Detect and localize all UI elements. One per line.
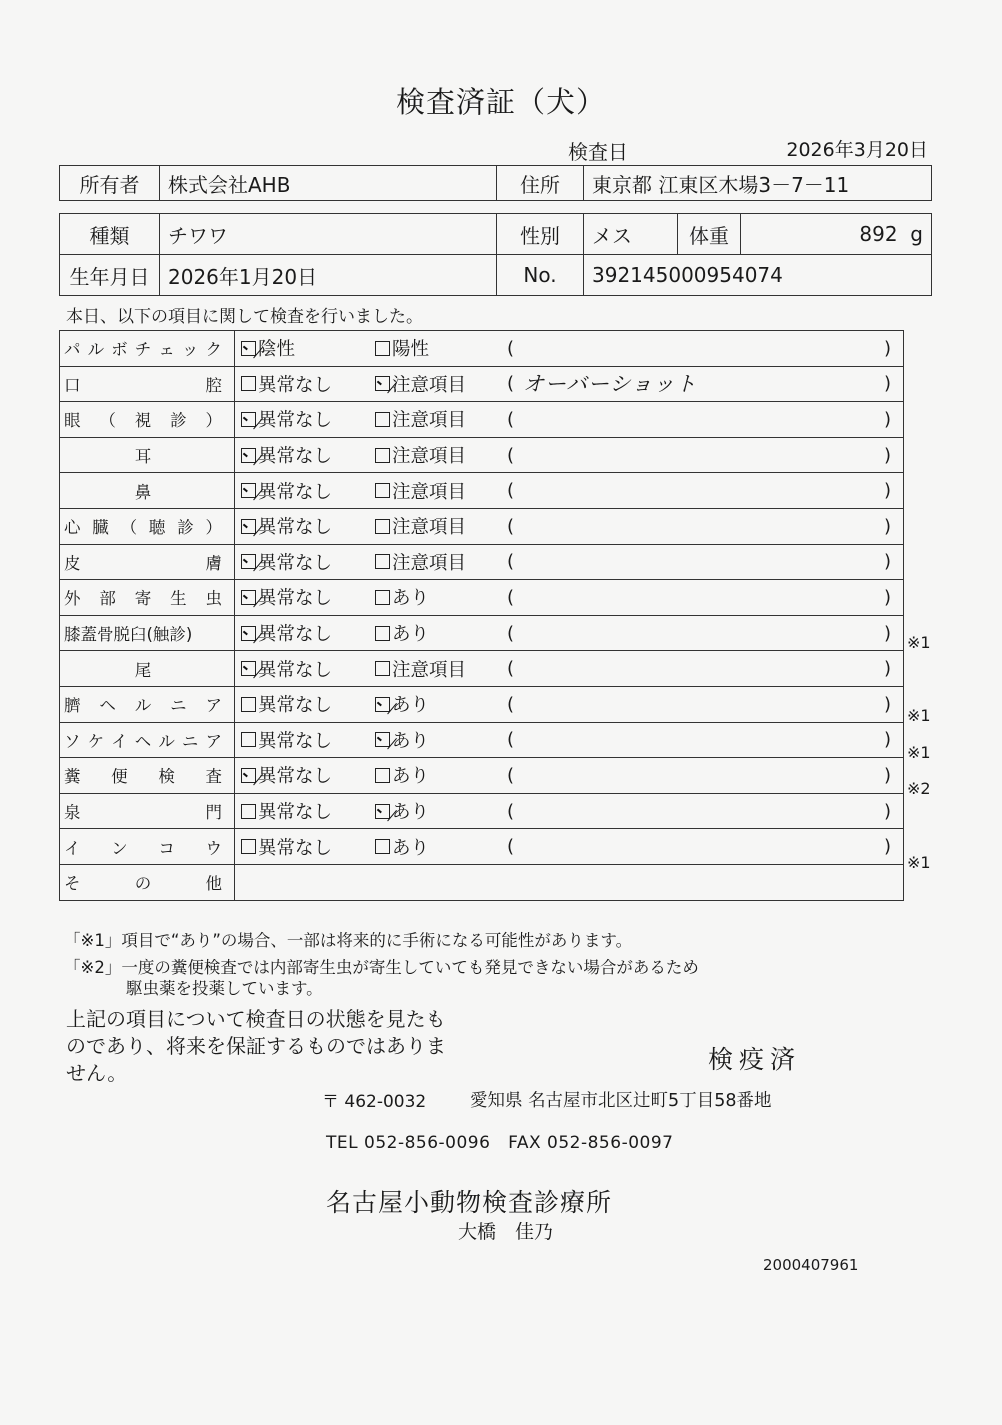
inspection-result-cell: 異常なしあり() xyxy=(235,686,904,722)
checked-checkbox-icon[interactable] xyxy=(241,341,256,356)
checked-checkbox-icon[interactable] xyxy=(375,376,390,391)
option-flag[interactable]: あり xyxy=(375,834,429,860)
intro-text: 本日、以下の項目に関して検査を行いました。 xyxy=(66,302,423,327)
item-char: 皮 xyxy=(64,550,81,574)
inspection-row: 泉門異常なしあり() xyxy=(60,793,904,829)
checkbox-icon[interactable] xyxy=(375,341,390,356)
option-normal[interactable]: 異常なし xyxy=(241,549,332,575)
option-label: 異常なし xyxy=(258,584,332,610)
item-char: 診 xyxy=(170,407,187,431)
item-char: 臍 xyxy=(64,692,81,716)
owner-table: 所有者 株式会社AHB 住所 東京都 江東区木場3－7－11 xyxy=(59,165,932,201)
item-char: 生 xyxy=(170,585,187,609)
paren-open: ( xyxy=(507,516,514,537)
sex-label: 性別 xyxy=(497,214,584,255)
inspection-item-label: 膝蓋骨脱臼(触診) xyxy=(60,615,235,651)
option-normal[interactable]: 異常なし xyxy=(241,584,332,610)
option-flag[interactable]: 注意項目 xyxy=(375,371,466,397)
option-label: 異常なし xyxy=(258,727,332,753)
option-normal[interactable]: 異常なし xyxy=(241,620,332,646)
option-flag[interactable]: 注意項目 xyxy=(375,406,466,432)
option-label: あり xyxy=(392,834,429,860)
inspection-item-label: 鼻 xyxy=(60,473,235,509)
dob-label: 生年月日 xyxy=(60,255,160,296)
item-char: 門 xyxy=(206,799,223,823)
inspection-row: 耳異常なし注意項目() xyxy=(60,437,904,473)
clinic-address: 愛知県 名古屋市北区辻町5丁目58番地 xyxy=(470,1087,771,1112)
option-label: 異常なし xyxy=(258,478,332,504)
option-label: 注意項目 xyxy=(392,371,466,397)
inspection-item-label: 心臓（聴診） xyxy=(60,508,235,544)
inspection-result-cell: 異常なし注意項目() xyxy=(235,544,904,580)
footnote-2-continued: 駆虫薬を投薬しています。 xyxy=(126,975,323,999)
item-char: 部 xyxy=(99,585,116,609)
item-char: ニ xyxy=(182,728,199,752)
checked-checkbox-icon[interactable] xyxy=(241,768,256,783)
item-char: ヘ xyxy=(135,728,152,752)
option-label: 異常なし xyxy=(258,656,332,682)
option-flag[interactable]: 陽性 xyxy=(375,335,429,361)
option-label: 異常なし xyxy=(258,834,332,860)
inspection-row: 皮膚異常なし注意項目() xyxy=(60,544,904,580)
item-char: ル xyxy=(88,336,105,360)
item-char: チ xyxy=(135,336,152,360)
paren-close: ) xyxy=(884,409,891,430)
inspection-item-label: 尾 xyxy=(60,651,235,687)
option-flag[interactable]: 注意項目 xyxy=(375,478,466,504)
option-normal[interactable]: 異常なし xyxy=(241,691,332,717)
inspection-item-label: 泉門 xyxy=(60,793,235,829)
item-char: イ xyxy=(64,835,81,859)
paren-open: ( xyxy=(507,338,514,359)
option-flag[interactable]: あり xyxy=(375,584,429,610)
item-char: ） xyxy=(206,407,223,431)
clinic-tel-fax: TEL 052-856-0096 FAX 052-856-0097 xyxy=(326,1133,673,1153)
checked-checkbox-icon[interactable] xyxy=(241,448,256,463)
option-normal[interactable]: 異常なし xyxy=(241,513,332,539)
option-normal[interactable]: 陰性 xyxy=(241,335,295,361)
option-flag[interactable]: あり xyxy=(375,691,429,717)
option-label: 注意項目 xyxy=(392,442,466,468)
checkbox-icon[interactable] xyxy=(241,697,256,712)
inspection-item-label: インコウ xyxy=(60,829,235,865)
breed-value: チワワ xyxy=(160,214,497,255)
option-normal[interactable]: 異常なし xyxy=(241,406,332,432)
item-char: ） xyxy=(205,514,222,538)
checkbox-icon[interactable] xyxy=(375,839,390,854)
item-char: 便 xyxy=(111,763,128,787)
inspection-table: パルボチェック陰性陽性()口腔異常なし注意項目(オーバーショット)眼（視診）異常… xyxy=(59,330,904,901)
item-char: 視 xyxy=(135,407,152,431)
exam-date: 2026年3月20日 xyxy=(760,135,928,162)
paren-open: ( xyxy=(507,373,514,394)
item-char: ッ xyxy=(182,336,199,360)
item-char: 診 xyxy=(177,514,194,538)
item-char: ル xyxy=(135,692,152,716)
checked-checkbox-icon[interactable] xyxy=(241,519,256,534)
inspection-row-other: その他 xyxy=(60,864,904,900)
paren-close: ) xyxy=(884,801,891,822)
inspection-result-cell: 異常なし注意項目() xyxy=(235,473,904,509)
item-char: 糞 xyxy=(64,763,81,787)
owner-value: 株式会社AHB xyxy=(160,166,497,201)
checkbox-icon[interactable] xyxy=(241,376,256,391)
option-label: あり xyxy=(392,691,429,717)
checkbox-icon[interactable] xyxy=(375,412,390,427)
checked-checkbox-icon[interactable] xyxy=(241,626,256,641)
animal-table: 種類 チワワ 性別 メス 体重 892 g 生年月日 2026年1月20日 No… xyxy=(59,213,932,296)
item-char: コ xyxy=(158,835,175,859)
item-char: ル xyxy=(158,728,175,752)
inspection-result-cell: 異常なしあり() xyxy=(235,758,904,794)
option-normal[interactable]: 異常なし xyxy=(241,727,332,753)
option-label: 注意項目 xyxy=(392,513,466,539)
item-char: イ xyxy=(111,728,128,752)
no-label: No. xyxy=(497,255,584,296)
checkbox-icon[interactable] xyxy=(375,768,390,783)
checkbox-icon[interactable] xyxy=(375,590,390,605)
item-char: 眼 xyxy=(64,407,81,431)
option-label: あり xyxy=(392,584,429,610)
option-label: 陰性 xyxy=(258,335,295,361)
inspection-item-label: 耳 xyxy=(60,437,235,473)
item-char: 査 xyxy=(205,763,222,787)
inspection-result-cell: 異常なしあり() xyxy=(235,722,904,758)
quarantine-stamp: 検疫済 xyxy=(708,1040,801,1076)
inspection-row: 外部寄生虫異常なしあり() xyxy=(60,580,904,616)
inspection-item-label: パルボチェック xyxy=(60,331,235,367)
exam-date-label: 検査日 xyxy=(568,136,628,165)
checkbox-icon[interactable] xyxy=(375,661,390,676)
inspection-row: 膝蓋骨脱臼(触診)異常なしあり() xyxy=(60,615,904,651)
address-value: 東京都 江東区木場3－7－11 xyxy=(584,166,932,201)
option-flag[interactable]: あり xyxy=(375,762,429,788)
inspection-result-cell: 異常なしあり() xyxy=(235,829,904,865)
item-char: 寄 xyxy=(135,585,152,609)
no-value: 392145000954074 xyxy=(584,255,932,296)
inspection-item-label: 臍ヘルニア xyxy=(60,686,235,722)
checkbox-icon[interactable] xyxy=(375,448,390,463)
item-char: 膚 xyxy=(206,550,223,574)
vet-name: 大橋 佳乃 xyxy=(458,1217,553,1244)
item-char: 心 xyxy=(64,514,81,538)
paren-close: ) xyxy=(884,480,891,501)
inspection-row: インコウ異常なしあり() xyxy=(60,829,904,865)
inspection-item-label: 外部寄生虫 xyxy=(60,580,235,616)
paren-close: ) xyxy=(884,587,891,608)
item-char: ソ xyxy=(64,728,81,752)
paren-close: ) xyxy=(884,551,891,572)
checkbox-icon[interactable] xyxy=(375,626,390,641)
option-flag[interactable]: 注意項目 xyxy=(375,656,466,682)
item-char: ウ xyxy=(205,835,222,859)
inspection-row: 尾異常なし注意項目() xyxy=(60,651,904,687)
paren-close: ) xyxy=(884,373,891,394)
inspection-row: 口腔異常なし注意項目(オーバーショット) xyxy=(60,366,904,402)
item-char: （ xyxy=(99,407,116,431)
weight-value: 892 xyxy=(859,222,897,246)
item-char: 口 xyxy=(64,372,81,396)
checkbox-icon[interactable] xyxy=(375,483,390,498)
option-label: 注意項目 xyxy=(392,406,466,432)
footnote-marker: ※1 xyxy=(907,743,931,762)
inspection-row: 眼（視診）異常なし注意項目() xyxy=(60,402,904,438)
paren-close: ) xyxy=(884,445,891,466)
inspection-result-cell: 異常なし注意項目() xyxy=(235,402,904,438)
item-char: ク xyxy=(205,336,222,360)
option-label: 異常なし xyxy=(258,549,332,575)
checkbox-icon[interactable] xyxy=(241,732,256,747)
option-flag[interactable]: あり xyxy=(375,798,429,824)
paren-open: ( xyxy=(507,694,514,715)
item-char: 他 xyxy=(206,870,223,894)
checked-checkbox-icon[interactable] xyxy=(241,483,256,498)
option-label: 異常なし xyxy=(258,513,332,539)
owner-label: 所有者 xyxy=(60,166,160,201)
paren-close: ) xyxy=(884,338,891,359)
option-label: 注意項目 xyxy=(392,478,466,504)
option-label: 異常なし xyxy=(258,442,332,468)
option-normal[interactable]: 異常なし xyxy=(241,762,332,788)
option-flag[interactable]: 注意項目 xyxy=(375,513,466,539)
paren-close: ) xyxy=(884,516,891,537)
item-char: ニ xyxy=(170,692,187,716)
option-normal[interactable]: 異常なし xyxy=(241,656,332,682)
item-char: 鼻 xyxy=(135,479,152,503)
clinic-name: 名古屋小動物検査診療所 xyxy=(326,1183,612,1219)
paren-open: ( xyxy=(507,587,514,608)
item-char: ケ xyxy=(88,728,105,752)
option-normal[interactable]: 異常なし xyxy=(241,834,332,860)
disclaimer: 上記の項目について検査日の状態を見たものであり、将来を保証するものではありません… xyxy=(66,1006,446,1087)
item-char: ン xyxy=(111,835,128,859)
option-flag[interactable]: 注意項目 xyxy=(375,549,466,575)
checkbox-icon[interactable] xyxy=(241,839,256,854)
inspection-result-cell: 異常なしあり() xyxy=(235,793,904,829)
inspection-result-cell: 異常なし注意項目() xyxy=(235,651,904,687)
remarks-field[interactable]: オーバーショット xyxy=(523,368,697,398)
inspection-result-cell: 異常なし注意項目(オーバーショット) xyxy=(235,366,904,402)
inspection-item-label: 口腔 xyxy=(60,366,235,402)
inspection-row: 臍ヘルニア異常なしあり() xyxy=(60,686,904,722)
option-label: 陽性 xyxy=(392,335,429,361)
item-char: 耳 xyxy=(135,443,152,467)
option-label: 異常なし xyxy=(258,691,332,717)
item-char: （ xyxy=(121,514,138,538)
footnote-marker: ※1 xyxy=(907,853,931,872)
inspection-result-cell: 異常なし注意項目() xyxy=(235,437,904,473)
option-normal[interactable]: 異常なし xyxy=(241,798,332,824)
breed-label: 種類 xyxy=(60,214,160,255)
option-flag[interactable]: あり xyxy=(375,620,429,646)
inspection-row: 糞便検査異常なしあり() xyxy=(60,758,904,794)
serial-number: 2000407961 xyxy=(763,1256,858,1274)
checked-checkbox-icon[interactable] xyxy=(241,661,256,676)
footnote-marker: ※2 xyxy=(907,779,931,798)
dob-value: 2026年1月20日 xyxy=(160,255,497,296)
paren-close: ) xyxy=(884,836,891,857)
item-char: の xyxy=(135,870,152,894)
option-label: 異常なし xyxy=(258,371,332,397)
paren-open: ( xyxy=(507,623,514,644)
other-remarks-field[interactable] xyxy=(235,864,904,900)
option-flag[interactable]: 注意項目 xyxy=(375,442,466,468)
checked-checkbox-icon[interactable] xyxy=(241,590,256,605)
inspection-item-label: 眼（視診） xyxy=(60,402,235,438)
inspection-item-label: その他 xyxy=(60,864,235,900)
clinic-postal: 〒 462-0032 xyxy=(322,1087,426,1112)
option-label: 異常なし xyxy=(258,798,332,824)
item-char: パ xyxy=(64,336,81,360)
paren-close: ) xyxy=(884,729,891,750)
option-label: 異常なし xyxy=(258,620,332,646)
item-char: 外 xyxy=(64,585,81,609)
option-normal[interactable]: 異常なし xyxy=(241,371,332,397)
address-label: 住所 xyxy=(497,166,584,201)
option-normal[interactable]: 異常なし xyxy=(241,442,332,468)
item-char: 泉 xyxy=(64,799,81,823)
inspection-row: パルボチェック陰性陽性() xyxy=(60,331,904,367)
item-char: ヘ xyxy=(99,692,116,716)
paren-open: ( xyxy=(507,836,514,857)
inspection-item-label: 皮膚 xyxy=(60,544,235,580)
footnote-marker: ※1 xyxy=(907,633,931,652)
weight-cell: 892 g xyxy=(741,214,932,255)
checked-checkbox-icon[interactable] xyxy=(375,732,390,747)
option-label: 注意項目 xyxy=(392,549,466,575)
checkbox-icon[interactable] xyxy=(375,554,390,569)
inspection-result-cell: 陰性陽性() xyxy=(235,331,904,367)
inspection-result-cell: 異常なしあり() xyxy=(235,580,904,616)
option-label: 注意項目 xyxy=(392,656,466,682)
option-normal[interactable]: 異常なし xyxy=(241,478,332,504)
item-char: 聴 xyxy=(149,514,166,538)
checkbox-icon[interactable] xyxy=(375,519,390,534)
inspection-row: ソケイヘルニア異常なしあり() xyxy=(60,722,904,758)
paren-open: ( xyxy=(507,729,514,750)
item-char: 腔 xyxy=(206,372,223,396)
inspection-row: 心臓（聴診）異常なし注意項目() xyxy=(60,508,904,544)
option-label: 異常なし xyxy=(258,762,332,788)
paren-open: ( xyxy=(507,658,514,679)
item-char: 尾 xyxy=(135,657,152,681)
paren-open: ( xyxy=(507,801,514,822)
inspection-item-label: ソケイヘルニア xyxy=(60,722,235,758)
weight-unit: g xyxy=(910,222,923,246)
paren-open: ( xyxy=(507,480,514,501)
paren-close: ) xyxy=(884,658,891,679)
paren-open: ( xyxy=(507,409,514,430)
inspection-row: 鼻異常なし注意項目() xyxy=(60,473,904,509)
item-char: そ xyxy=(64,870,81,894)
paren-close: ) xyxy=(884,694,891,715)
item-char: ア xyxy=(205,728,222,752)
option-label: あり xyxy=(392,620,429,646)
inspection-result-cell: 異常なし注意項目() xyxy=(235,508,904,544)
inspection-result-cell: 異常なしあり() xyxy=(235,615,904,651)
weight-label: 体重 xyxy=(678,214,741,255)
footnote-1: 「※1」項目で“あり”の場合、一部は将来的に手術になる可能性があります。 xyxy=(64,927,632,951)
checked-checkbox-icon[interactable] xyxy=(375,804,390,819)
item-char: ボ xyxy=(111,336,128,360)
item-char: 臓 xyxy=(92,514,109,538)
paren-open: ( xyxy=(507,445,514,466)
item-char: 検 xyxy=(158,763,175,787)
option-label: 異常なし xyxy=(258,406,332,432)
document-title: 検査済証（犬） xyxy=(0,80,1002,121)
paren-open: ( xyxy=(507,551,514,572)
item-char: 虫 xyxy=(206,585,223,609)
footnote-marker: ※1 xyxy=(907,706,931,725)
item-char: ア xyxy=(206,692,223,716)
item-char: ェ xyxy=(158,336,175,360)
option-label: あり xyxy=(392,762,429,788)
option-label: あり xyxy=(392,727,429,753)
sex-value: メス xyxy=(584,214,678,255)
paren-open: ( xyxy=(507,765,514,786)
paren-close: ) xyxy=(884,765,891,786)
paren-close: ) xyxy=(884,623,891,644)
checkbox-icon[interactable] xyxy=(241,804,256,819)
option-label: あり xyxy=(392,798,429,824)
item-char: 膝蓋骨脱臼(触診) xyxy=(64,621,192,645)
checked-checkbox-icon[interactable] xyxy=(241,554,256,569)
inspection-item-label: 糞便検査 xyxy=(60,758,235,794)
checked-checkbox-icon[interactable] xyxy=(375,697,390,712)
checked-checkbox-icon[interactable] xyxy=(241,412,256,427)
option-flag[interactable]: あり xyxy=(375,727,429,753)
